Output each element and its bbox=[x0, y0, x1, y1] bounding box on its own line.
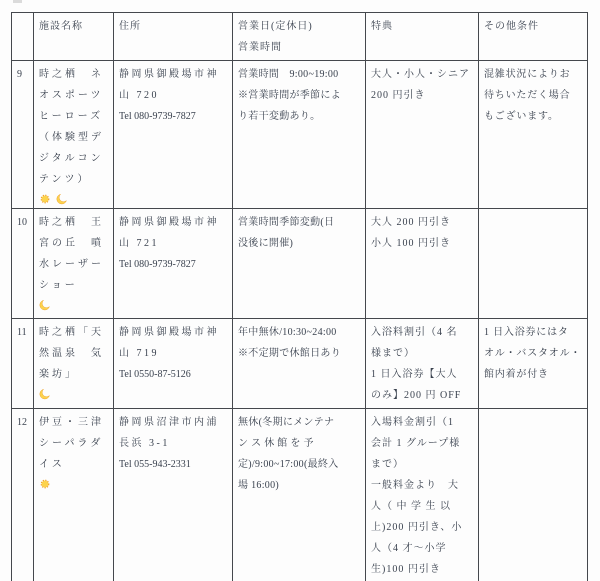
facility-name-cell: 伊豆・三津シーパラダイス bbox=[34, 409, 114, 581]
address-cell: 静岡県御殿場市神山 719 Tel 0550-87-5126 bbox=[114, 319, 233, 409]
row-number: 9 bbox=[12, 61, 34, 209]
facility-name-cell: 時之栖「天然温泉 気楽坊」 bbox=[34, 319, 114, 409]
facility-name-cell: 時之栖 王宮の丘 噴水レーザーショー bbox=[34, 209, 114, 319]
scan-artifact bbox=[13, 0, 22, 3]
moon-icon bbox=[39, 299, 51, 311]
header-business-days: 営業日(定休日)営業時間 bbox=[233, 13, 366, 61]
facility-name: 時之栖 王宮の丘 噴水レーザーショー bbox=[39, 212, 109, 296]
business-hours-cell: 年中無休/10:30~24:00※不定期で休館日あり bbox=[233, 319, 366, 409]
row-number: 12 bbox=[12, 409, 34, 581]
sun-icon bbox=[39, 193, 51, 205]
benefit-cell: 大人 200 円引き小人 100 円引き bbox=[366, 209, 479, 319]
moon-icon bbox=[56, 193, 68, 205]
time-icons bbox=[39, 192, 109, 206]
table-row: 10 時之栖 王宮の丘 噴水レーザーショー 静岡県御殿場市神山 721 Tel … bbox=[12, 209, 588, 319]
facility-name: 時之栖「天然温泉 気楽坊」 bbox=[39, 322, 109, 385]
header-number bbox=[12, 13, 34, 61]
table-header-row: 施設名称 住所 営業日(定休日)営業時間 特典 その他条件 bbox=[12, 13, 588, 61]
table-row: 9 時之栖 ネオスポーツヒーローズ（体験型デジタルコンテンツ） 静岡県御殿場市神… bbox=[12, 61, 588, 209]
other-conditions-cell: 混雑状況によりお待ちいただく場合もございます。 bbox=[479, 61, 588, 209]
header-benefits: 特典 bbox=[366, 13, 479, 61]
address-cell: 静岡県御殿場市神山 720 Tel 080-9739-7827 bbox=[114, 61, 233, 209]
address-text: 静岡県沼津市内浦長浜 3-1 bbox=[119, 412, 228, 454]
phone-number: Tel 055-943-2331 bbox=[119, 454, 228, 475]
facility-table: 施設名称 住所 営業日(定休日)営業時間 特典 その他条件 9 時之栖 ネオスポ… bbox=[11, 12, 588, 581]
other-conditions-cell: 1 日入浴券にはタオル・バスタオル・館内着が付き bbox=[479, 319, 588, 409]
phone-number: Tel 080-9739-7827 bbox=[119, 106, 228, 127]
business-hours-cell: 営業時間 9:00~19:00※営業時間が季節により若干変動あり。 bbox=[233, 61, 366, 209]
address-text: 静岡県御殿場市神山 719 bbox=[119, 322, 228, 364]
header-address: 住所 bbox=[114, 13, 233, 61]
header-facility-name: 施設名称 bbox=[34, 13, 114, 61]
facility-name-cell: 時之栖 ネオスポーツヒーローズ（体験型デジタルコンテンツ） bbox=[34, 61, 114, 209]
benefit-cell: 入場料金割引（1会計 1 グループ様まで）一般料金より 大人（ 中 学 生 以上… bbox=[366, 409, 479, 581]
address-cell: 静岡県御殿場市神山 721 Tel 080-9739-7827 bbox=[114, 209, 233, 319]
table-row: 11 時之栖「天然温泉 気楽坊」 静岡県御殿場市神山 719 Tel 0550-… bbox=[12, 319, 588, 409]
address-text: 静岡県御殿場市神山 721 bbox=[119, 212, 228, 254]
moon-icon bbox=[39, 388, 51, 400]
benefit-cell: 入浴料割引（4 名様まで）1 日入浴券【大人のみ】200 円 OFF bbox=[366, 319, 479, 409]
business-hours-cell: 営業時間季節変動(日没後に開催) bbox=[233, 209, 366, 319]
time-icons bbox=[39, 387, 109, 401]
time-icons bbox=[39, 298, 109, 312]
phone-number: Tel 0550-87-5126 bbox=[119, 364, 228, 385]
header-other-conditions: その他条件 bbox=[479, 13, 588, 61]
address-cell: 静岡県沼津市内浦長浜 3-1 Tel 055-943-2331 bbox=[114, 409, 233, 581]
time-icons bbox=[39, 477, 109, 491]
benefit-cell: 大人・小人・シニア200 円引き bbox=[366, 61, 479, 209]
facility-name: 時之栖 ネオスポーツヒーローズ（体験型デジタルコンテンツ） bbox=[39, 64, 109, 190]
other-conditions-cell bbox=[479, 409, 588, 581]
phone-number: Tel 080-9739-7827 bbox=[119, 254, 228, 275]
business-hours-cell: 無休(冬期にメンテナン ス 休 館 を 予定)/9:00~17:00(最終入場 … bbox=[233, 409, 366, 581]
other-conditions-cell bbox=[479, 209, 588, 319]
table-row: 12 伊豆・三津シーパラダイス 静岡県沼津市内浦長浜 3-1 Tel 055-9… bbox=[12, 409, 588, 581]
row-number: 10 bbox=[12, 209, 34, 319]
facility-name: 伊豆・三津シーパラダイス bbox=[39, 412, 109, 475]
row-number: 11 bbox=[12, 319, 34, 409]
address-text: 静岡県御殿場市神山 720 bbox=[119, 64, 228, 106]
sun-icon bbox=[39, 478, 51, 490]
